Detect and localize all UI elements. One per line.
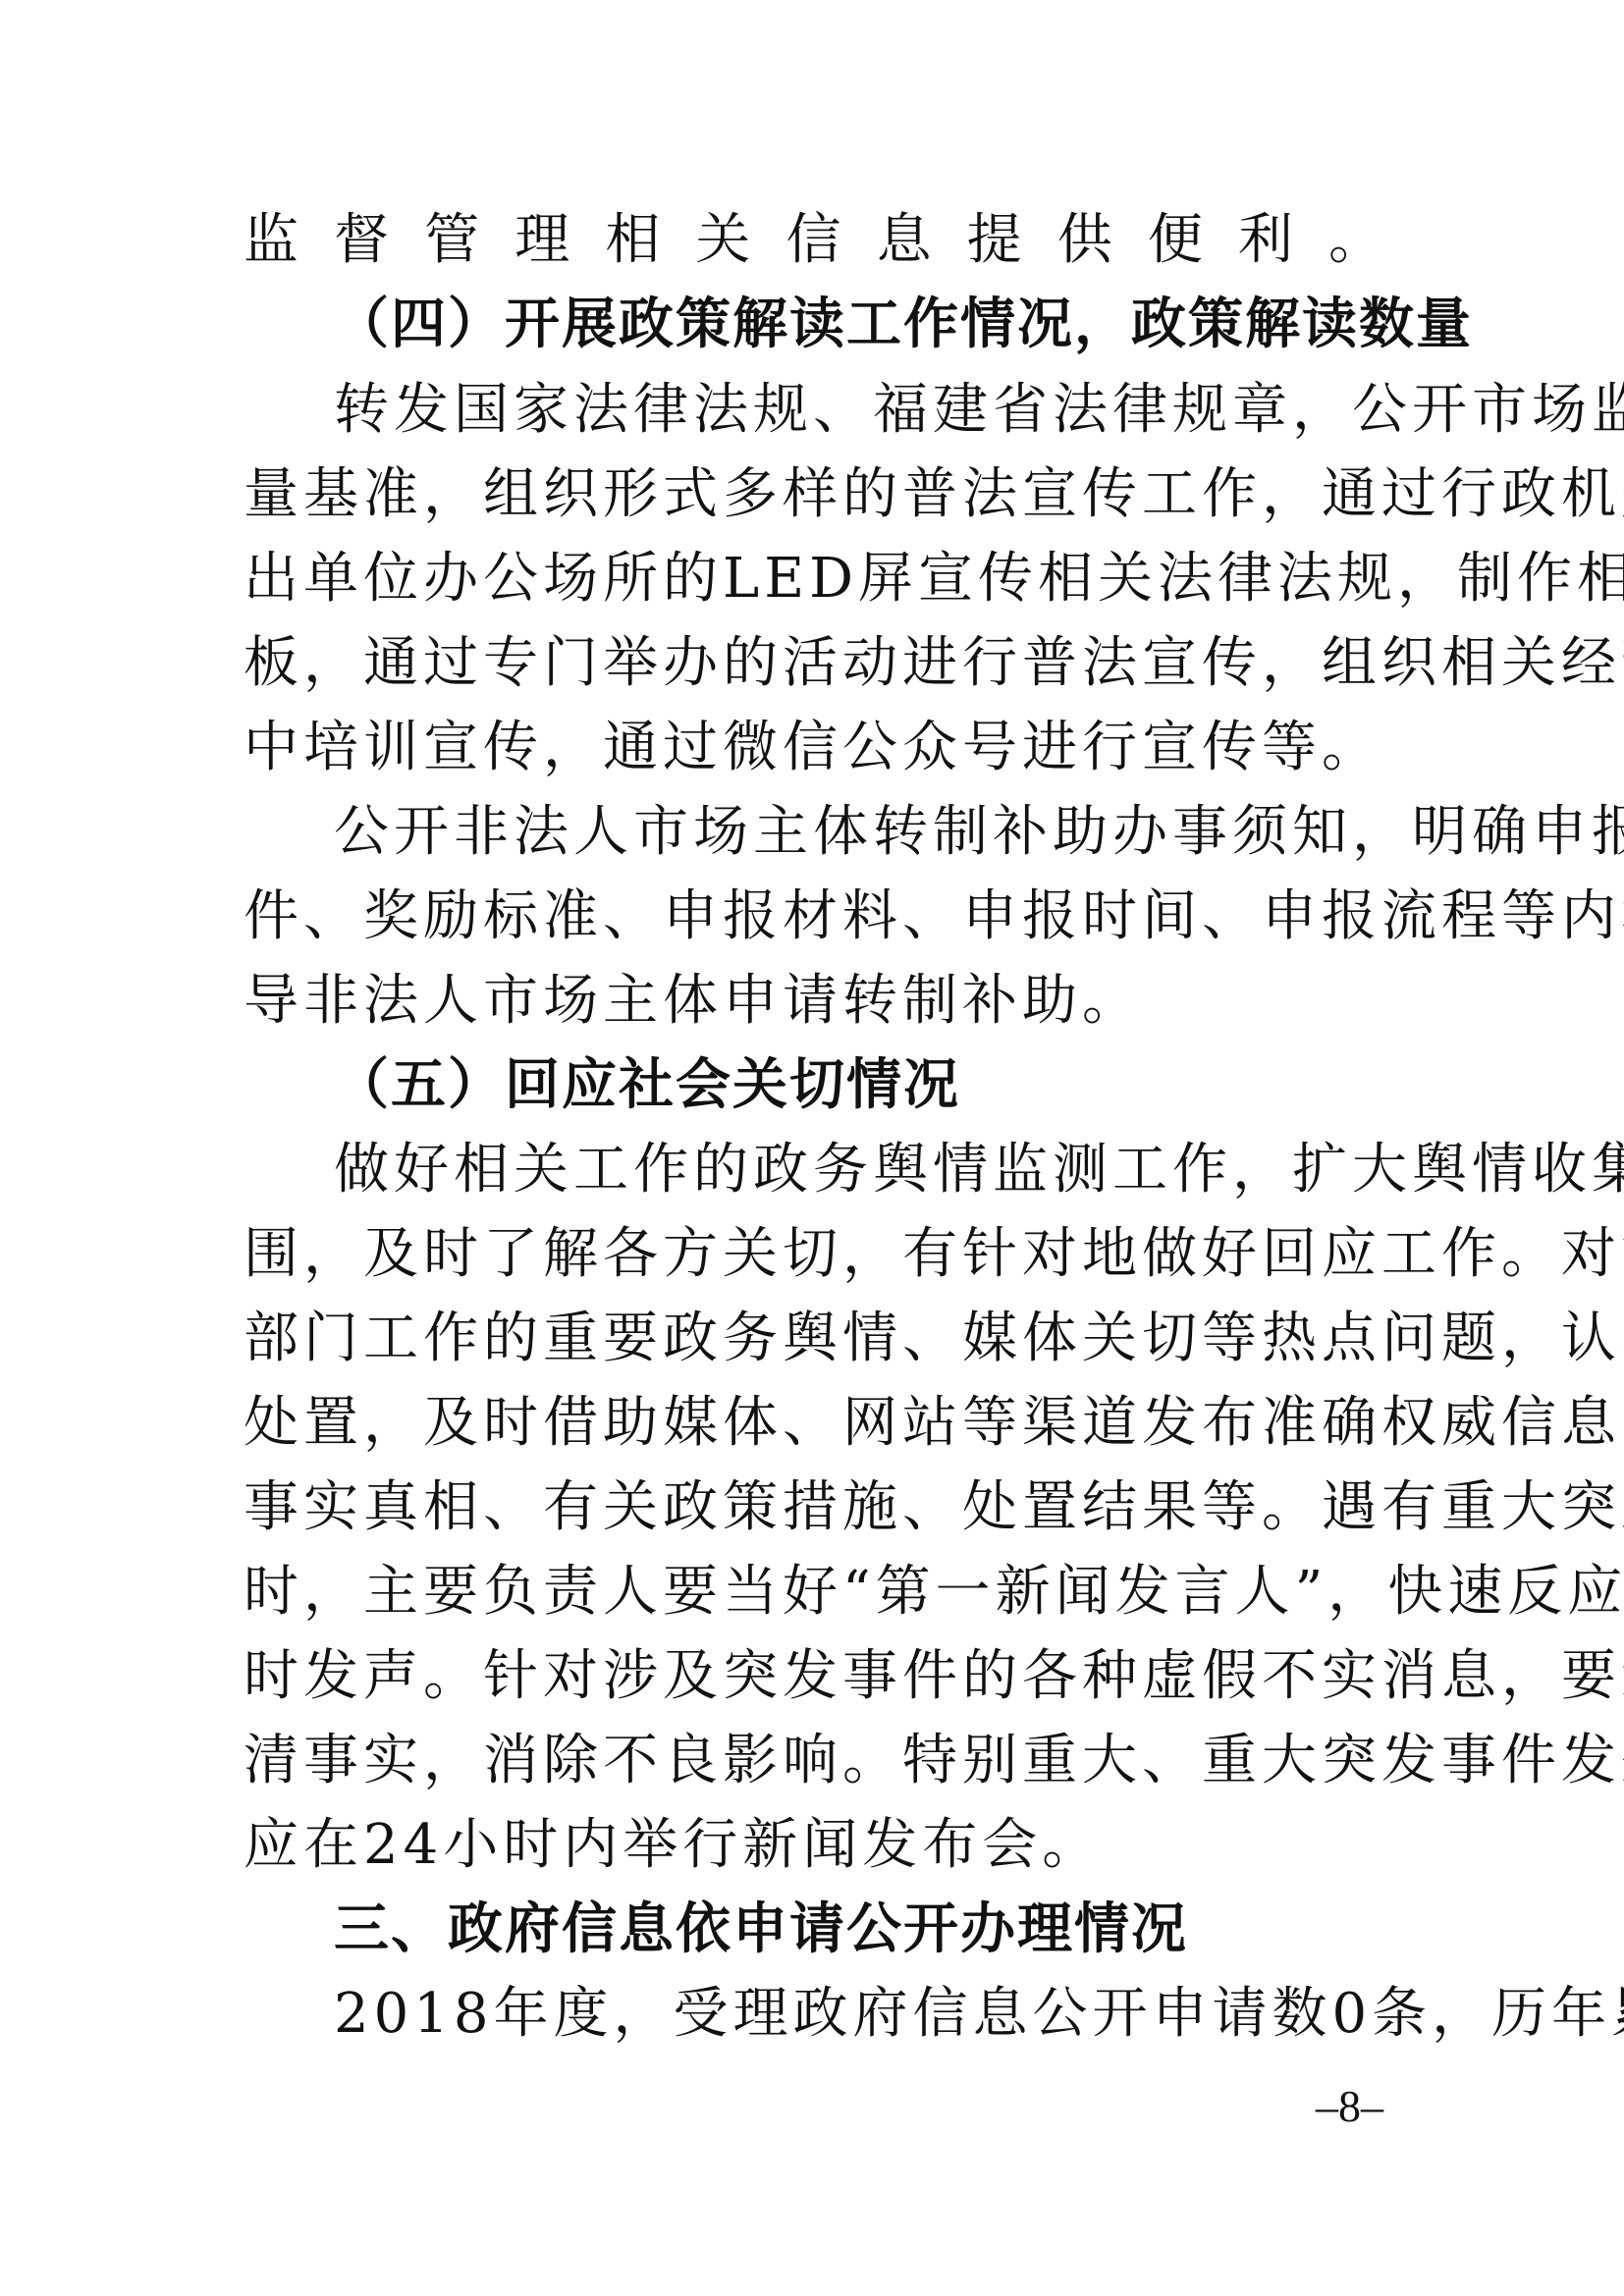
body-text-line: 事实真相、有关政策措施、处置结果等。遇有重大突发事件 [244, 1466, 1388, 1550]
page-number: –8– [1316, 2079, 1383, 2134]
document-page: 监督管理相关信息提供便利。 （四）开展政策解读工作情况，政策解读数量 转发国家法… [0, 0, 1624, 2296]
body-text-line: 处置，及时借助媒体、网站等渠道发布准确权威信息，讲清 [244, 1381, 1388, 1466]
body-text-line: 件、奖励标准、申报材料、申报时间、申报流程等内容，引 [244, 875, 1388, 959]
body-text-line: 清事实，消除不良影响。特别重大、重大突发事件发生后， [244, 1719, 1388, 1803]
body-text-line: 部门工作的重要政务舆情、媒体关切等热点问题，认真研判 [244, 1297, 1388, 1381]
body-text-line: 应在24小时内举行新闻发布会。 [244, 1803, 1388, 1888]
body-text-line: 监督管理相关信息提供便利。 [244, 198, 1388, 283]
body-text-line: 公开非法人市场主体转制补助办事须知，明确申报条 [334, 790, 1388, 875]
section-heading-policy-interpretation: （四）开展政策解读工作情况，政策解读数量 [334, 283, 1388, 367]
body-text-line: 导非法人市场主体申请转制补助。 [244, 959, 1388, 1043]
body-text-line: 转发国家法律法规、福建省法律规章，公开市场监管裁 [334, 368, 1388, 453]
body-text-line: 围，及时了解各方关切，有针对地做好回应工作。对涉及本 [244, 1212, 1388, 1297]
body-text-line: 中培训宣传，通过微信公众号进行宣传等。 [244, 706, 1388, 790]
section-heading-application-disclosure: 三、政府信息依申请公开办理情况 [334, 1888, 1388, 1972]
body-text-line: 2018年度，受理政府信息公开申请数0条，历年累计受 [334, 1972, 1388, 2056]
body-text-line: 出单位办公场所的LED屏宣传相关法律法规，制作相关展示 [244, 537, 1388, 621]
body-text-line: 时发声。针对涉及突发事件的各种虚假不实消息，要迅速澄 [244, 1634, 1388, 1719]
section-heading-public-concern: （五）回应社会关切情况 [334, 1043, 1388, 1128]
body-text-line: 时，主要负责人要当好“第一新闻发言人”，快速反应、及 [244, 1550, 1388, 1634]
body-text-line: 板，通过专门举办的活动进行普法宣传，组织相关经营者集 [244, 621, 1388, 706]
body-text-line: 做好相关工作的政务舆情监测工作，扩大舆情收集范 [334, 1128, 1388, 1212]
body-text-line: 量基准，组织形式多样的普法宣传工作，通过行政机关各派 [244, 453, 1388, 537]
